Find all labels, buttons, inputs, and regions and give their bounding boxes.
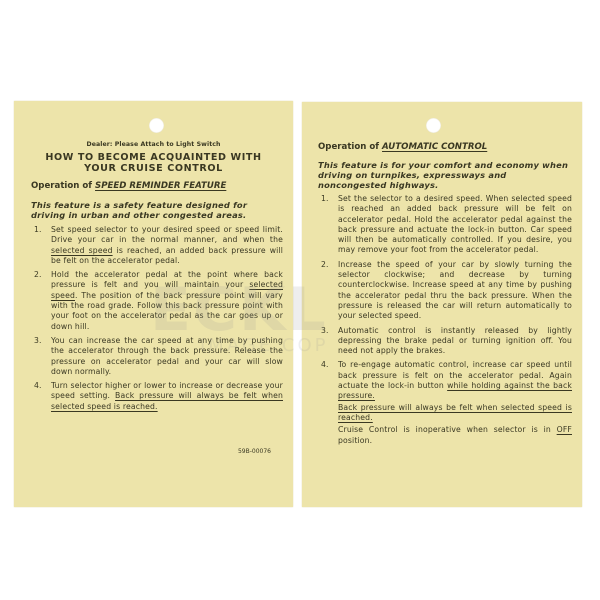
operation-heading: Operation of AUTOMATIC CONTROL xyxy=(318,142,487,153)
instruction-step: 3.Automatic control is instantly release… xyxy=(318,326,572,357)
back-pressure-note: Back pressure will always be felt when s… xyxy=(318,403,572,424)
instruction-step: 4.Turn selector higher or lower to incre… xyxy=(31,381,283,412)
note-text: Cruise Control is inoperative when selec… xyxy=(338,425,557,434)
dealer-note: Dealer: Please Attach to Light Switch xyxy=(14,141,293,148)
instruction-step: 4.To re-engage automatic control, increa… xyxy=(318,360,572,401)
instruction-steps: 1.Set speed selector to your desired spe… xyxy=(31,225,283,416)
inoperative-note: Cruise Control is inoperative when selec… xyxy=(318,425,572,446)
note-text: position. xyxy=(338,436,372,445)
instruction-steps: 1.Set the selector to a desired speed. W… xyxy=(318,194,572,448)
step-text: Set the selector to a desired speed. Whe… xyxy=(338,194,572,254)
step-text: Set speed selector to your desired speed… xyxy=(51,225,283,244)
step-number: 1. xyxy=(318,194,338,256)
step-text: You can increase the car speed at any ti… xyxy=(51,336,283,376)
step-number: 3. xyxy=(31,336,51,377)
punch-hole xyxy=(426,118,441,133)
card-title: HOW TO BECOME ACQUAINTED WITH YOUR CRUIS… xyxy=(14,152,293,174)
part-number: 59B-00076 xyxy=(238,448,271,455)
instruction-step: 2.Increase the speed of your car by slow… xyxy=(318,260,572,322)
cruise-control-card-automatic-control: Operation of AUTOMATIC CONTROL This feat… xyxy=(302,102,582,507)
step-number: 1. xyxy=(31,225,51,266)
instruction-step: 1.Set speed selector to your desired spe… xyxy=(31,225,283,266)
step-emphasis: selected speed xyxy=(51,246,113,255)
step-number: 2. xyxy=(318,260,338,322)
step-text: . The position of the back pressure poin… xyxy=(51,291,283,331)
instruction-step: 1.Set the selector to a desired speed. W… xyxy=(318,194,572,256)
step-text: Increase the speed of your car by slowly… xyxy=(338,260,572,320)
operation-heading: Operation of SPEED REMINDER FEATURE xyxy=(31,181,226,192)
step-number: 2. xyxy=(31,270,51,332)
card-title-line-2: YOUR CRUISE CONTROL xyxy=(14,163,293,174)
feature-intro: This feature is a safety feature designe… xyxy=(31,200,283,220)
operation-prefix: Operation of xyxy=(318,142,382,152)
punch-hole xyxy=(149,118,164,133)
operation-keyword: AUTOMATIC CONTROL xyxy=(382,142,487,152)
step-number: 4. xyxy=(31,381,51,412)
step-number: 3. xyxy=(318,326,338,357)
card-title-line-1: HOW TO BECOME ACQUAINTED WITH xyxy=(14,152,293,163)
off-emphasis: OFF xyxy=(557,425,572,434)
instruction-step: 2.Hold the accelerator pedal at the poin… xyxy=(31,270,283,332)
step-number: 4. xyxy=(318,360,338,401)
step-text: Automatic control is instantly released … xyxy=(338,326,572,356)
cruise-control-card-speed-reminder: Dealer: Please Attach to Light Switch HO… xyxy=(14,101,293,507)
instruction-step: 3.You can increase the car speed at any … xyxy=(31,336,283,377)
operation-keyword: SPEED REMINDER FEATURE xyxy=(95,181,226,191)
operation-prefix: Operation of xyxy=(31,181,95,191)
feature-intro: This feature is for your comfort and eco… xyxy=(318,160,572,190)
